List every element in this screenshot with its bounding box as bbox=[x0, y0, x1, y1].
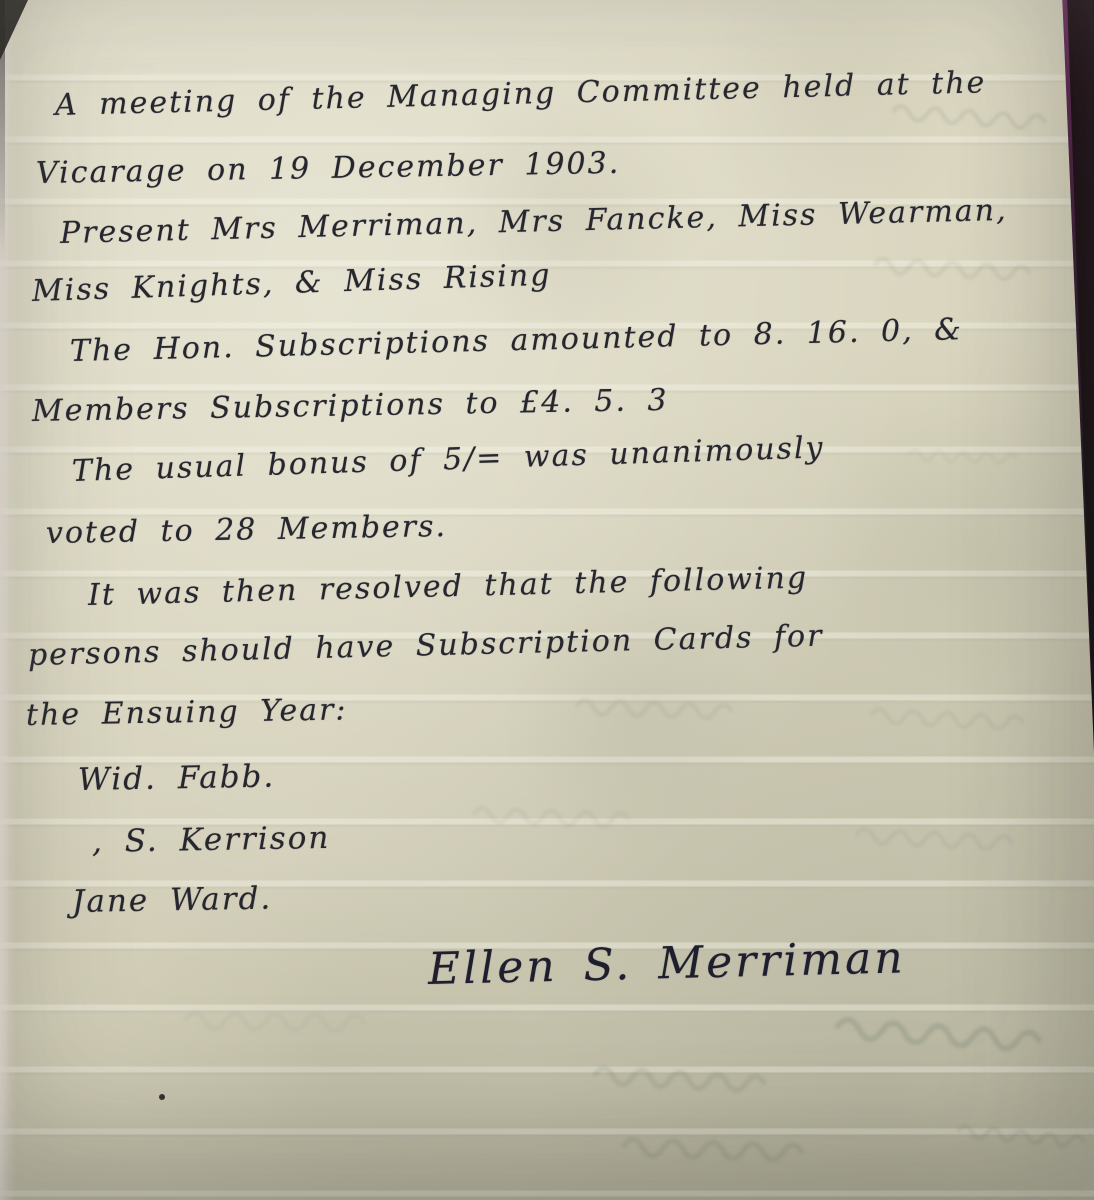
bleed-through-ghost-text bbox=[839, 817, 1020, 852]
signature: Ellen S. Merriman bbox=[427, 932, 906, 995]
manuscript-line: Miss Knights, & Miss Rising bbox=[31, 258, 551, 309]
bleed-through-ghost-text bbox=[608, 1127, 809, 1164]
manuscript-line: The usual bonus of 5/= was unanimously bbox=[71, 430, 825, 489]
manuscript-line: voted to 28 Members. bbox=[46, 509, 448, 551]
manuscript-name-line: Jane Ward. bbox=[72, 881, 273, 920]
bleed-through-ghost-text bbox=[560, 689, 741, 721]
page-edge-shadow bbox=[0, 0, 5, 260]
bleed-through-ghost-text bbox=[857, 698, 1028, 733]
manuscript-line: persons should have Subscription Cards f… bbox=[28, 619, 824, 673]
manuscript-line: Vicarage on 19 December 1903. bbox=[36, 146, 621, 191]
manuscript-name-line: Wid. Fabb. bbox=[78, 759, 276, 798]
manuscript-line: The Hon. Subscriptions amounted to 8. 16… bbox=[70, 312, 964, 369]
bleed-through-ghost-text bbox=[579, 1055, 770, 1095]
page-edge-highlight bbox=[0, 0, 16, 1200]
manuscript-line: It was then resolved that the following bbox=[88, 560, 809, 613]
bleed-through-ghost-text bbox=[900, 440, 1021, 468]
bleed-through-ghost-text bbox=[452, 797, 643, 830]
page-edge-glow bbox=[1058, 0, 1094, 752]
manuscript-line: the Ensuing Year: bbox=[26, 692, 348, 733]
bleed-through-ghost-text bbox=[817, 1004, 1049, 1054]
bleed-through-ghost-text bbox=[120, 999, 420, 1034]
photograph-frame: A meeting of the Managing Committee held… bbox=[0, 0, 1094, 1200]
bleed-through-ghost-text bbox=[847, 247, 1048, 283]
manuscript-name-line: , S. Kerrison bbox=[92, 820, 331, 860]
manuscript-line: A meeting of the Managing Committee held… bbox=[55, 65, 987, 123]
book-binding-corner bbox=[0, 0, 28, 60]
manuscript-line: Members Subscriptions to £4. 5. 3 bbox=[32, 383, 669, 429]
minute-book-page: A meeting of the Managing Committee held… bbox=[0, 0, 1094, 1200]
ink-dot bbox=[159, 1094, 165, 1100]
manuscript-line: Present Mrs Merriman, Mrs Fancke, Miss W… bbox=[60, 193, 1008, 251]
bleed-through-ghost-text bbox=[947, 1112, 1089, 1154]
dark-background-gap bbox=[1062, 0, 1094, 748]
